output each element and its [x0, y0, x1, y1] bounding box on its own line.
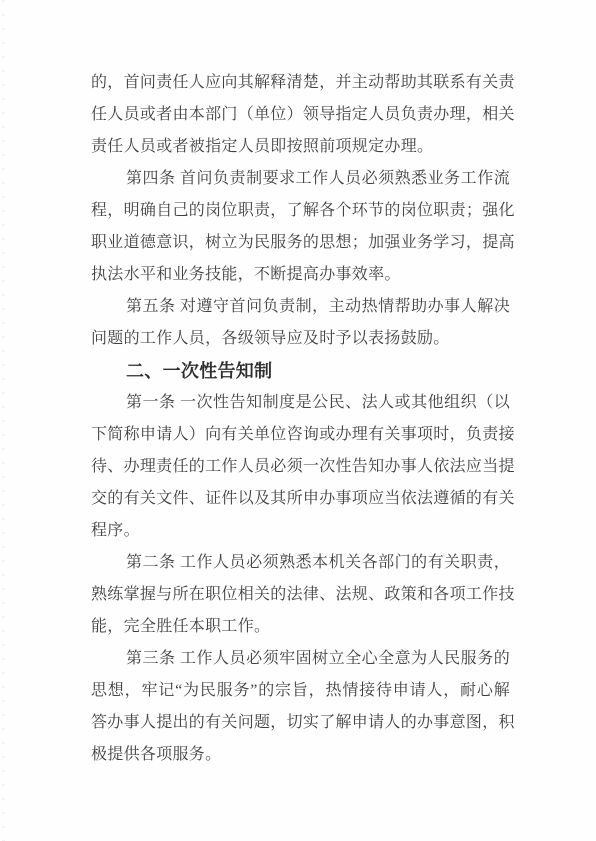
- text-line: 责任人员或者被指定人员即按照前项规定办理。: [91, 131, 510, 163]
- text-line: 问题的工作人员，各级领导应及时予以表扬鼓励。: [91, 323, 510, 355]
- section-heading: 二、一次性告知制: [91, 355, 510, 387]
- text-line: 第三条 工作人员必须牢固树立全心全意为人民服务的: [91, 643, 510, 675]
- text-line: 下简称申请人）向有关单位咨询或办理有关事项时，负责接: [91, 419, 510, 451]
- document-page: 的，首问责任人应向其解释清楚，并主动帮助其联系有关责 任人员或者由本部门（单位）…: [0, 0, 596, 841]
- text-line: 第二条 工作人员必须熟悉本机关各部门的有关职责，: [91, 547, 510, 579]
- text-line: 第一条 一次性告知制度是公民、法人或其他组织（以: [91, 387, 510, 419]
- text-line: 任人员或者由本部门（单位）领导指定人员负责办理，相关: [91, 99, 510, 131]
- text-line: 职业道德意识，树立为民服务的思想；加强业务学习，提高: [91, 227, 510, 259]
- text-line: 能，完全胜任本职工作。: [91, 611, 510, 643]
- text-line: 答办事人提出的有关问题，切实了解申请人的办事意图，积: [91, 707, 510, 739]
- text-line: 程，明确自己的岗位职责，了解各个环节的岗位职责；强化: [91, 195, 510, 227]
- text-line: 第五条 对遵守首问负责制，主动热情帮助办事人解决: [91, 291, 510, 323]
- text-line: 待、办理责任的工作人员必须一次性告知办事人依法应当提: [91, 451, 510, 483]
- text-line: 程序。: [91, 515, 510, 547]
- text-line: 熟练掌握与所在职位相关的法律、法规、政策和各项工作技: [91, 579, 510, 611]
- text-line: 交的有关文件、证件以及其所申办事项应当依法遵循的有关: [91, 483, 510, 515]
- scan-noise-artifact: [2, 0, 5, 841]
- text-line: 第四条 首问负责制要求工作人员必须熟悉业务工作流: [91, 163, 510, 195]
- document-text-block: 的，首问责任人应向其解释清楚，并主动帮助其联系有关责 任人员或者由本部门（单位）…: [91, 67, 510, 771]
- text-line: 的，首问责任人应向其解释清楚，并主动帮助其联系有关责: [91, 67, 510, 99]
- text-line: 执法水平和业务技能，不断提高办事效率。: [91, 259, 510, 291]
- text-line: 思想，牢记“为民服务”的宗旨，热情接待申请人，耐心解: [91, 675, 510, 707]
- text-line: 极提供各项服务。: [91, 739, 510, 771]
